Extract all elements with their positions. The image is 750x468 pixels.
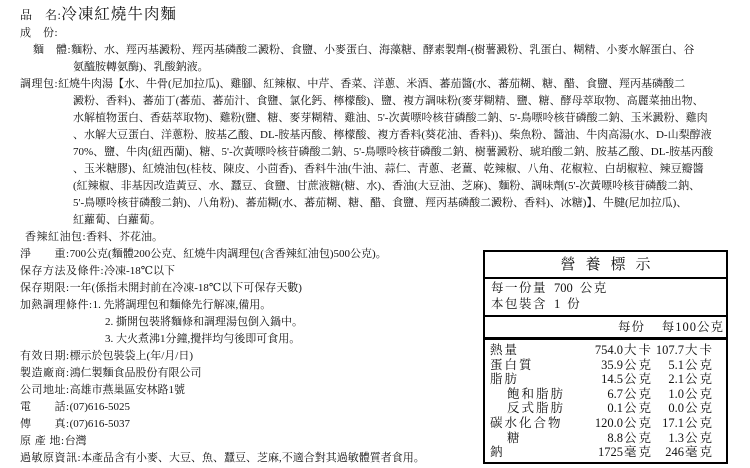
- serving-size-unit: 公克: [580, 281, 608, 295]
- nutrition-row: 碳水化合物 120.0公克 17.1公克: [485, 416, 726, 431]
- field-value: 高雄市燕巢區安林路1號: [70, 384, 186, 396]
- field-value: (07)616-5025: [70, 401, 131, 413]
- product-name: 冷凍紅燒牛肉麵: [61, 6, 177, 23]
- ingredients-heading: 成 份:: [20, 25, 735, 42]
- field-label: 淨 重:: [20, 248, 70, 260]
- retort-ingredients-line: 調理包:紅燒牛肉湯【水、牛骨(尼加拉瓜)、雞腳、紅辣椒、中芹、香菜、洋蔥、米酒、…: [20, 76, 735, 93]
- nutrition-row: 熱量 754.0大卡 107.7大卡: [485, 343, 726, 358]
- field-label: 保存期限:: [20, 282, 70, 294]
- field-value: 一年(係指未開封前在冷凍-18℃以下可保存天數): [70, 282, 302, 294]
- ingredient-text: 麵粉、水、羥丙基澱粉、羥丙基磷酸二澱粉、食鹽、小麥蛋白、海藻糖、酵素製劑-(樹薯…: [71, 44, 694, 56]
- nutrient-name: 糖: [485, 431, 573, 446]
- column-per-100g: 每100公克: [653, 317, 726, 337]
- ingredient-text: 紅燒牛肉湯【水、牛骨(尼加拉瓜)、雞腳、紅辣椒、中芹、香菜、洋蔥、米酒、蕃茄醬(…: [58, 78, 685, 90]
- field-label: 有效日期:: [20, 350, 70, 362]
- field-value: 2. 撕開包裝將麵條和調理湯包倒入鍋中。: [105, 316, 303, 328]
- field-value: 700公克(麵體200公克、紅燒牛肉調理包(含香辣紅油包)500公克)。: [70, 248, 387, 260]
- nutrient-name: 鈉: [485, 445, 573, 460]
- field-value: 本產品含有小麥、大豆、魚、蠶豆、芝麻,不適合對其過敏體質者食用。: [81, 452, 425, 464]
- nutrient-per-serving: 1725毫克: [573, 445, 653, 460]
- servings-per-package-line: 本包裝含1份: [491, 297, 720, 313]
- ingredient-text: 香料、芥花油。: [86, 231, 163, 243]
- nutrition-row: 糖 8.8公克 1.3公克: [485, 431, 726, 446]
- nutrition-serving-info: 每一份量700公克 本包裝含1份: [485, 279, 726, 317]
- nutrient-per-100g: 1.3公克: [653, 431, 726, 446]
- field-label: 公司地址:: [20, 384, 70, 396]
- nutrient-per-serving: 8.8公克: [573, 431, 653, 446]
- nutrient-per-serving: 0.1公克: [573, 401, 653, 416]
- nutrient-per-serving: 14.5公克: [573, 372, 653, 387]
- nutrient-name: 碳水化合物: [485, 416, 573, 431]
- product-name-line: 品 名:冷凍紅燒牛肉麵: [20, 4, 735, 25]
- field-value: 1. 先將調理包和麵條先行解凍,備用。: [93, 299, 272, 311]
- ingredient-line: 水解植物蛋白、香菇萃取物)、雞粉(鹽、糖、麥芽糊精、雞油、5'-次黃嘌呤核苷磷酸…: [73, 110, 735, 127]
- ingredient-line: 澱粉、香料)、蕃茄丁(蕃茄、蕃茄汁、食鹽、氯化鈣、檸檬酸)、鹽、複方調味粉(麥芽…: [73, 93, 735, 110]
- field-label: 電 話:: [20, 401, 70, 413]
- field-value: 3. 大火煮沸1分鐘,攪拌均勻後即可食用。: [105, 333, 300, 345]
- chili-oil-line: 香辣紅油包:香料、芥花油。: [25, 229, 735, 246]
- field-label: 製造廠商:: [20, 367, 70, 379]
- nutrient-per-100g: 5.1公克: [653, 358, 726, 373]
- noodle-label: 麵 體:: [33, 44, 71, 56]
- serving-size-label: 每一份量: [491, 281, 547, 295]
- ingredient-line: 5'-鳥嘌呤核苷磷酸二鈉)、八角粉)、蕃茄糊(水、蕃茄糊、糖、醋、食鹽、羥丙基磷…: [73, 195, 735, 212]
- servings-value: 1: [554, 297, 560, 311]
- nutrient-per-100g: 2.1公克: [653, 372, 726, 387]
- nutrient-per-100g: 0.0公克: [653, 401, 726, 416]
- field-value: 鴻仁製麵食品股份有限公司: [70, 367, 202, 379]
- nutrition-rows: 熱量 754.0大卡 107.7大卡 蛋白質 35.9公克 5.1公克 脂肪 1…: [485, 340, 726, 462]
- nutrient-per-serving: 754.0大卡: [573, 343, 653, 358]
- chili-oil-label: 香辣紅油包:: [25, 231, 86, 243]
- nutrition-row: 鈉 1725毫克 246毫克: [485, 445, 726, 460]
- nutrition-facts-table: 營養標示 每一份量700公克 本包裝含1份 每份 每100公克 熱量 754.0…: [483, 250, 728, 464]
- field-label: 傳 真:: [20, 418, 70, 430]
- field-value: 冷凍-18℃以下: [104, 265, 175, 277]
- ingredient-line: 、玉米糖膠)、紅燒油包(桂枝、陳皮、小茴香)、香料牛油(牛油、蒜仁、青蔥、老薑、…: [73, 161, 735, 178]
- nutrition-row: 反式脂肪 0.1公克 0.0公克: [485, 401, 726, 416]
- nutrient-per-100g: 17.1公克: [653, 416, 726, 431]
- field-label: 原 產 地:: [20, 435, 65, 447]
- servings-label: 本包裝含: [491, 297, 547, 311]
- nutrient-name: 脂肪: [485, 372, 573, 387]
- nutrient-name: 熱量: [485, 343, 573, 358]
- nutrient-per-serving: 120.0公克: [573, 416, 653, 431]
- nutrient-per-100g: 246毫克: [653, 445, 726, 460]
- column-per-serving: 每份: [573, 317, 653, 337]
- nutrition-title: 營養標示: [485, 252, 726, 279]
- field-label: 保存方法及條件:: [20, 265, 104, 277]
- ingredient-line: 、水解大豆蛋白、洋蔥粉、胺基乙酸、DL-胺基丙酸、檸檬酸、複方香料(葵花油、香料…: [73, 127, 735, 144]
- product-name-label: 品 名:: [20, 8, 61, 22]
- nutrient-per-serving: 6.7公克: [573, 387, 653, 402]
- nutrient-name: 蛋白質: [485, 358, 573, 373]
- field-label: 過敏原資訊:: [20, 452, 81, 464]
- nutrition-row: 蛋白質 35.9公克 5.1公克: [485, 358, 726, 373]
- field-value: (07)616-5037: [70, 418, 131, 430]
- nutrient-per-100g: 1.0公克: [653, 387, 726, 402]
- noodle-ingredients-line: 麵 體:麵粉、水、羥丙基澱粉、羥丙基磷酸二澱粉、食鹽、小麥蛋白、海藻糖、酵素製劑…: [20, 42, 735, 59]
- servings-unit: 份: [567, 297, 581, 311]
- nutrient-name: 飽和脂肪: [485, 387, 573, 402]
- nutrition-column-headers: 每份 每100公克: [485, 317, 726, 340]
- ingredient-line: 70%、鹽、牛肉(紐西蘭)、糖、5'-次黃嘌呤核苷磷酸二鈉、5'-鳥嘌呤核苷磷酸…: [73, 144, 735, 161]
- retort-label: 調理包:: [20, 78, 58, 90]
- ingredient-line: 紅蘿蔔、白蘿蔔。: [73, 212, 735, 229]
- nutrient-name: 反式脂肪: [485, 401, 573, 416]
- field-value: 標示於包裝袋上(年/月/日): [70, 350, 193, 362]
- column-spacer: [485, 317, 573, 337]
- serving-size-line: 每一份量700公克: [491, 281, 720, 297]
- nutrient-per-100g: 107.7大卡: [653, 343, 726, 358]
- nutrient-per-serving: 35.9公克: [573, 358, 653, 373]
- field-label: 加熱調理條件:: [20, 299, 93, 311]
- nutrition-row: 脂肪 14.5公克 2.1公克: [485, 372, 726, 387]
- ingredient-line: (紅辣椒、非基因改造黃豆、水、蠶豆、食鹽、甘蔗液糖(糖、水)、香油(大豆油、芝麻…: [73, 178, 735, 195]
- ingredient-line: 氨醯胺轉氨酶)、乳酸鈉液。: [73, 59, 735, 76]
- nutrition-row: 飽和脂肪 6.7公克 1.0公克: [485, 387, 726, 402]
- serving-size-value: 700: [554, 281, 573, 295]
- field-value: 台灣: [65, 435, 87, 447]
